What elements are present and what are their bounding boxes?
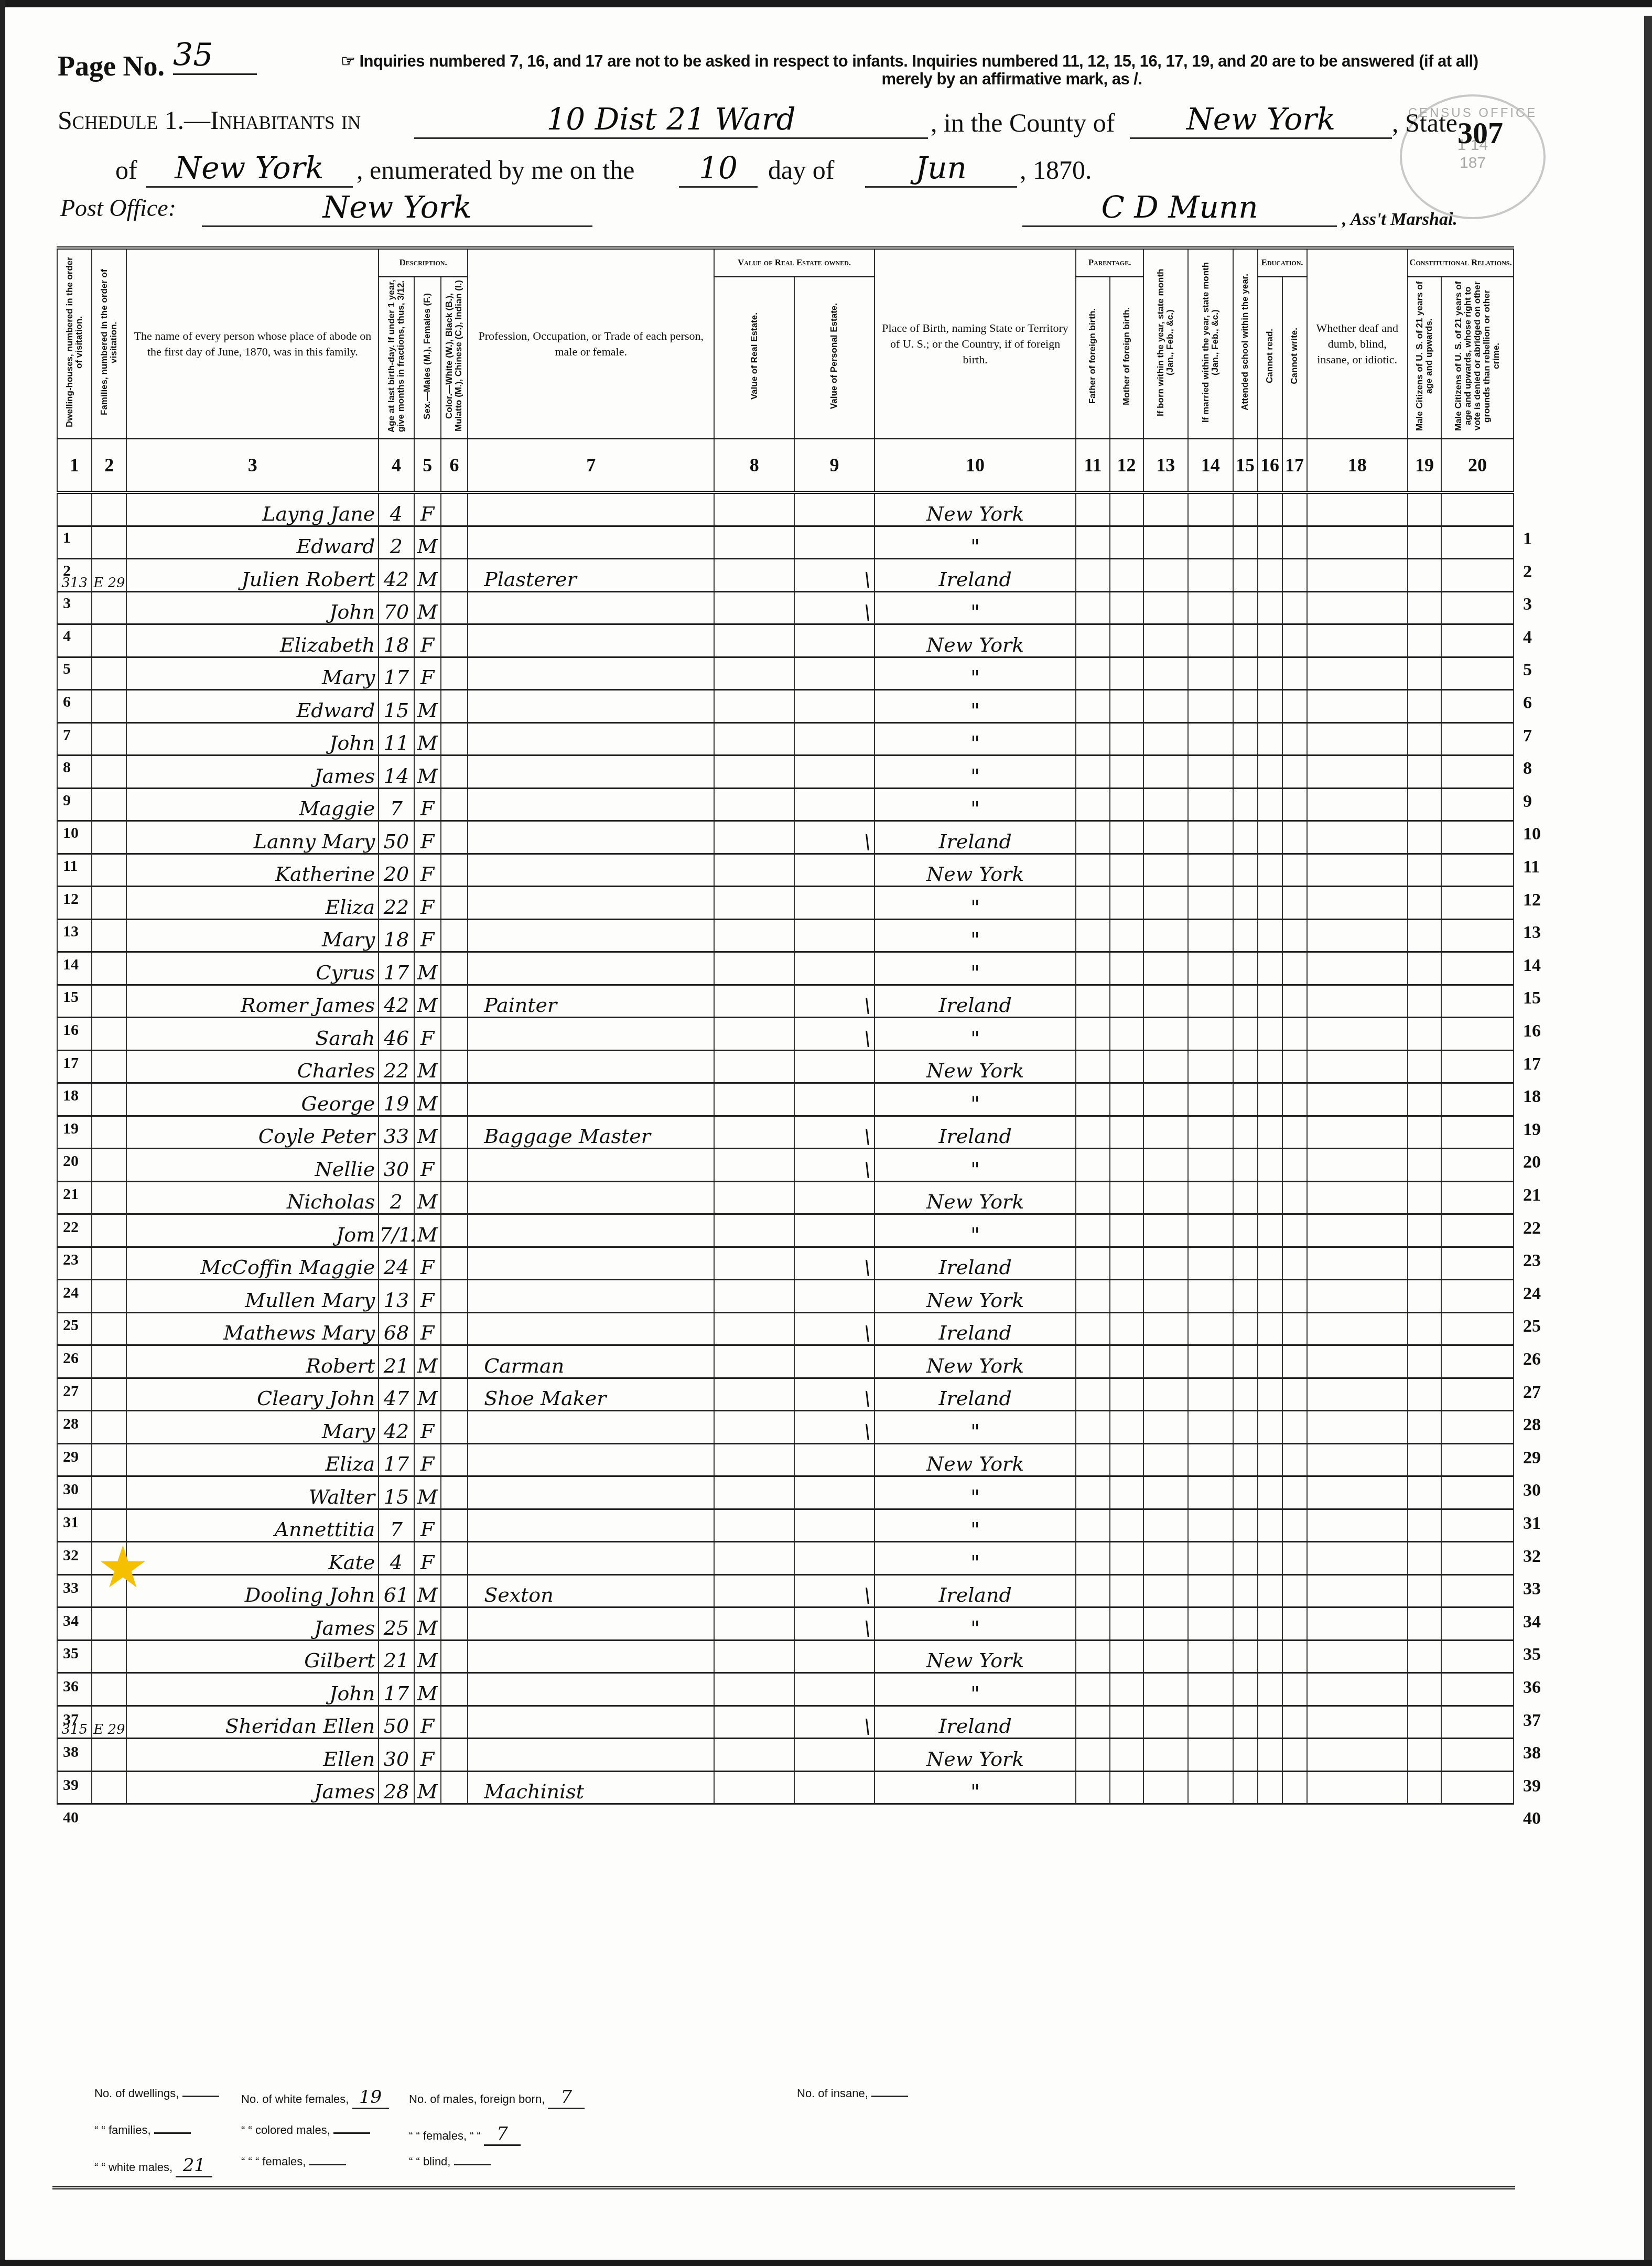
- married-within-year: [1188, 1771, 1233, 1804]
- infirmity: [1307, 919, 1408, 952]
- color: [441, 1345, 468, 1378]
- dwelling-number: 313: [57, 559, 92, 592]
- real-estate-value: [714, 624, 794, 657]
- cannot-write: [1282, 1050, 1307, 1083]
- person-name: Charles: [126, 1050, 379, 1083]
- occupation: [468, 1640, 714, 1673]
- family-number: [92, 1443, 126, 1476]
- line-number-left: 21: [63, 1185, 79, 1203]
- married-within-year: [1188, 1116, 1233, 1149]
- line-number-left: 20: [63, 1152, 79, 1170]
- line-number-right: 29: [1523, 1448, 1541, 1468]
- birthplace: Ireland: [874, 821, 1076, 854]
- married-within-year: [1188, 624, 1233, 657]
- age: 7/12: [379, 1214, 414, 1247]
- infirmity: [1307, 1181, 1408, 1214]
- occupation: Carman: [468, 1345, 714, 1378]
- vote-denied: [1441, 1706, 1514, 1739]
- personal-estate-mark: [794, 1509, 874, 1542]
- age: 7: [379, 1509, 414, 1542]
- infirmity: [1307, 1083, 1408, 1116]
- birthplace: ": [874, 657, 1076, 690]
- sex: F: [414, 1443, 441, 1476]
- male-citizen: [1408, 919, 1441, 952]
- line-number-left: 19: [63, 1120, 79, 1138]
- occupation: [468, 1607, 714, 1641]
- table-row: Kate 4 F ": [57, 1542, 1514, 1575]
- attended-school: [1233, 1116, 1258, 1149]
- line-number-right: 31: [1523, 1514, 1541, 1534]
- occupation: [468, 1280, 714, 1313]
- color: [441, 887, 468, 920]
- mother-foreign: [1110, 1083, 1143, 1116]
- birthplace: ": [874, 1411, 1076, 1444]
- real-estate-value: [714, 657, 794, 690]
- age: 19: [379, 1083, 414, 1116]
- mother-foreign: [1110, 1018, 1143, 1051]
- born-within-year: [1143, 657, 1188, 690]
- mother-foreign: [1110, 821, 1143, 854]
- mother-foreign: [1110, 887, 1143, 920]
- male-citizen: [1408, 1018, 1441, 1051]
- table-row: Edward 15 M ": [57, 690, 1514, 723]
- father-foreign: [1076, 690, 1109, 723]
- attended-school: [1233, 1378, 1258, 1411]
- line-number-right: 23: [1523, 1251, 1541, 1271]
- color: [441, 657, 468, 690]
- attended-school: [1233, 492, 1258, 526]
- families-label: “ “ families,: [94, 2123, 151, 2136]
- sex: M: [414, 756, 441, 789]
- table-row: Cleary John 47 M Shoe Maker \ Ireland: [57, 1378, 1514, 1411]
- attended-school: [1233, 1574, 1258, 1607]
- cannot-write: [1282, 1018, 1307, 1051]
- male-citizen: [1408, 1378, 1441, 1411]
- mother-foreign: [1110, 1411, 1143, 1444]
- table-row: Mullen Mary 13 F New York: [57, 1280, 1514, 1313]
- born-within-year: [1143, 821, 1188, 854]
- occupation: [468, 788, 714, 821]
- father-foreign: [1076, 1771, 1109, 1804]
- mother-foreign: [1110, 1247, 1143, 1280]
- father-foreign: [1076, 985, 1109, 1018]
- state-label: , State: [1392, 107, 1457, 138]
- age: 21: [379, 1640, 414, 1673]
- line-number-left: 39: [63, 1776, 79, 1794]
- table-row: Ellen 30 F New York: [57, 1739, 1514, 1772]
- cannot-read: [1258, 1411, 1282, 1444]
- person-name: Nellie: [126, 1149, 379, 1182]
- vote-denied: [1441, 1050, 1514, 1083]
- line-number-right: 34: [1523, 1612, 1541, 1632]
- age: 15: [379, 1476, 414, 1509]
- personal-estate-mark: \: [794, 559, 874, 592]
- person-name: Sarah: [126, 1018, 379, 1051]
- male-citizen: [1408, 1574, 1441, 1607]
- line-number-right: 20: [1523, 1152, 1541, 1172]
- infirmity: [1307, 1509, 1408, 1542]
- cannot-write: [1282, 1378, 1307, 1411]
- born-within-year: [1143, 1378, 1188, 1411]
- married-within-year: [1188, 1181, 1233, 1214]
- cannot-read: [1258, 591, 1282, 624]
- table-row: James 28 M Machinist ": [57, 1771, 1514, 1804]
- constitutional-group-header: Constitutional Relations.: [1408, 248, 1514, 277]
- dwelling-number: [57, 756, 92, 789]
- person-name: Katherine: [126, 854, 379, 887]
- inquiry-note-line-2: merely by an affirmative mark, as /.: [341, 70, 1526, 88]
- born-within-year: [1143, 756, 1188, 789]
- infirmity: [1307, 657, 1408, 690]
- line-number-left: 32: [63, 1547, 79, 1564]
- birthplace: New York: [874, 1739, 1076, 1772]
- age: 46: [379, 1018, 414, 1051]
- infirmity: [1307, 756, 1408, 789]
- birthplace: ": [874, 1018, 1076, 1051]
- vote-denied: [1441, 1443, 1514, 1476]
- scan-border-right: [1644, 16, 1652, 2266]
- cannot-write: [1282, 1476, 1307, 1509]
- cannot-write: [1282, 1443, 1307, 1476]
- sex: F: [414, 1312, 441, 1345]
- occupation: [468, 1739, 714, 1772]
- born-within-year: [1143, 1050, 1188, 1083]
- family-number: [92, 1050, 126, 1083]
- real-estate-value: [714, 1247, 794, 1280]
- line-number-right: 33: [1523, 1579, 1541, 1599]
- table-row: Edward 2 M ": [57, 526, 1514, 559]
- mother-foreign: [1110, 591, 1143, 624]
- married-within-year: [1188, 952, 1233, 985]
- line-number-right: 40: [1523, 1809, 1541, 1829]
- color: [441, 1673, 468, 1706]
- dwellings-value: [182, 2096, 219, 2097]
- age: 14: [379, 756, 414, 789]
- person-name: Cleary John: [126, 1378, 379, 1411]
- birthplace: Ireland: [874, 1116, 1076, 1149]
- birthplace: ": [874, 526, 1076, 559]
- born-within-year: [1143, 1574, 1188, 1607]
- cannot-write: [1282, 919, 1307, 952]
- color: [441, 952, 468, 985]
- cannot-write: [1282, 1247, 1307, 1280]
- sex: M: [414, 1771, 441, 1804]
- cannot-read: [1258, 821, 1282, 854]
- post-office-field: New York: [202, 189, 592, 227]
- line-number-left: 34: [63, 1612, 79, 1630]
- line-number-left: 33: [63, 1579, 79, 1597]
- vote-denied: [1441, 526, 1514, 559]
- mother-foreign: [1110, 492, 1143, 526]
- vote-denied: [1441, 1345, 1514, 1378]
- attended-school: [1233, 1018, 1258, 1051]
- age: 21: [379, 1345, 414, 1378]
- vote-denied: [1441, 1312, 1514, 1345]
- family-number: [92, 1018, 126, 1051]
- cannot-read: [1258, 559, 1282, 592]
- mother-foreign: [1110, 624, 1143, 657]
- infirmity: [1307, 1411, 1408, 1444]
- person-name: John: [126, 591, 379, 624]
- occupation: [468, 1214, 714, 1247]
- age: 28: [379, 1771, 414, 1804]
- infirmity: [1307, 1345, 1408, 1378]
- sex: M: [414, 1214, 441, 1247]
- birthplace: ": [874, 1771, 1076, 1804]
- birthplace: ": [874, 1607, 1076, 1641]
- cannot-read: [1258, 1312, 1282, 1345]
- person-name: Walter: [126, 1476, 379, 1509]
- infirmity: [1307, 624, 1408, 657]
- vote-denied: [1441, 1083, 1514, 1116]
- personal-estate-mark: \: [794, 1411, 874, 1444]
- born-within-year: [1143, 1640, 1188, 1673]
- real-estate-value: [714, 919, 794, 952]
- cannot-read: [1258, 1214, 1282, 1247]
- sex: F: [414, 788, 441, 821]
- infirmity: [1307, 1378, 1408, 1411]
- father-foreign: [1076, 919, 1109, 952]
- table-row: Katherine 20 F New York: [57, 854, 1514, 887]
- mother-foreign: [1110, 1050, 1143, 1083]
- cannot-write: [1282, 624, 1307, 657]
- line-number-right: 36: [1523, 1678, 1541, 1698]
- born-within-year: [1143, 788, 1188, 821]
- birthplace: Ireland: [874, 1247, 1076, 1280]
- age: 22: [379, 1050, 414, 1083]
- post-office-label: Post Office:: [60, 194, 176, 222]
- father-foreign: [1076, 952, 1109, 985]
- line-number-left: 14: [63, 956, 79, 974]
- birthplace: ": [874, 1673, 1076, 1706]
- family-number: [92, 624, 126, 657]
- col-15-header: Attended school within the year.: [1233, 248, 1258, 439]
- color: [441, 690, 468, 723]
- personal-estate-mark: [794, 756, 874, 789]
- father-foreign: [1076, 1149, 1109, 1182]
- occupation: [468, 821, 714, 854]
- personal-estate-mark: [794, 1640, 874, 1673]
- father-foreign: [1076, 1247, 1109, 1280]
- cannot-write: [1282, 788, 1307, 821]
- occupation: [468, 1149, 714, 1182]
- cannot-read: [1258, 1083, 1282, 1116]
- male-citizen: [1408, 1411, 1441, 1444]
- age: 4: [379, 1542, 414, 1575]
- line-number-right: 22: [1523, 1218, 1541, 1238]
- age: 18: [379, 919, 414, 952]
- born-within-year: [1143, 1345, 1188, 1378]
- born-within-year: [1143, 690, 1188, 723]
- vote-denied: [1441, 559, 1514, 592]
- born-within-year: [1143, 854, 1188, 887]
- cannot-write: [1282, 1739, 1307, 1772]
- table-row: Nellie 30 F \ ": [57, 1149, 1514, 1182]
- married-within-year: [1188, 1378, 1233, 1411]
- color: [441, 1739, 468, 1772]
- line-number-left: 2: [63, 562, 71, 580]
- color: [441, 821, 468, 854]
- dwelling-number: [57, 690, 92, 723]
- dwellings-label: No. of dwellings,: [94, 2087, 179, 2100]
- cannot-write: [1282, 526, 1307, 559]
- vote-denied: [1441, 1378, 1514, 1411]
- table-row: Romer James 42 M Painter \ Ireland: [57, 985, 1514, 1018]
- age: 24: [379, 1247, 414, 1280]
- born-within-year: [1143, 492, 1188, 526]
- infirmity: [1307, 1574, 1408, 1607]
- dwelling-number: [57, 492, 92, 526]
- cannot-read: [1258, 985, 1282, 1018]
- personal-estate-mark: [794, 1771, 874, 1804]
- father-foreign: [1076, 1673, 1109, 1706]
- col-13-header: If born within the year, state month (Ja…: [1143, 248, 1188, 439]
- real-estate-value: [714, 1509, 794, 1542]
- father-foreign: [1076, 1050, 1109, 1083]
- vote-denied: [1441, 1640, 1514, 1673]
- line-number-left: 4: [63, 628, 71, 645]
- infirmity: [1307, 1116, 1408, 1149]
- line-number-left: 23: [63, 1251, 79, 1269]
- age: 42: [379, 985, 414, 1018]
- cannot-write: [1282, 1214, 1307, 1247]
- born-within-year: [1143, 1411, 1188, 1444]
- family-number: E 29: [92, 559, 126, 592]
- mother-foreign: [1110, 1607, 1143, 1641]
- color: [441, 919, 468, 952]
- father-foreign: [1076, 887, 1109, 920]
- family-number: [92, 1247, 126, 1280]
- married-within-year: [1188, 756, 1233, 789]
- mother-foreign: [1110, 1149, 1143, 1182]
- family-number: [92, 1771, 126, 1804]
- attended-school: [1233, 1149, 1258, 1182]
- cannot-read: [1258, 788, 1282, 821]
- line-number-right: 8: [1523, 759, 1532, 779]
- cannot-write: [1282, 887, 1307, 920]
- table-row: Charles 22 M New York: [57, 1050, 1514, 1083]
- table-row: John 17 M ": [57, 1673, 1514, 1706]
- col-10-header: Place of Birth, naming State or Territor…: [874, 248, 1076, 439]
- attended-school: [1233, 1640, 1258, 1673]
- father-foreign: [1076, 1312, 1109, 1345]
- cannot-write: [1282, 1181, 1307, 1214]
- infirmity: [1307, 1247, 1408, 1280]
- mother-foreign: [1110, 756, 1143, 789]
- personal-estate-mark: \: [794, 1247, 874, 1280]
- table-row: Eliza 17 F New York: [57, 1443, 1514, 1476]
- family-number: E 29: [92, 1706, 126, 1739]
- vote-denied: [1441, 1476, 1514, 1509]
- father-foreign: [1076, 788, 1109, 821]
- male-citizen: [1408, 821, 1441, 854]
- color: [441, 1411, 468, 1444]
- father-foreign: [1076, 492, 1109, 526]
- married-within-year: [1188, 887, 1233, 920]
- mother-foreign: [1110, 1280, 1143, 1313]
- vote-denied: [1441, 1214, 1514, 1247]
- personal-estate-mark: [794, 492, 874, 526]
- male-citizen: [1408, 1640, 1441, 1673]
- cannot-write: [1282, 492, 1307, 526]
- col-12-header: Mother of foreign birth.: [1110, 277, 1143, 439]
- line-number-left: 3: [63, 595, 71, 612]
- birthplace: Ireland: [874, 559, 1076, 592]
- personal-estate-mark: [794, 952, 874, 985]
- birthplace: New York: [874, 624, 1076, 657]
- mother-foreign: [1110, 919, 1143, 952]
- vote-denied: [1441, 1149, 1514, 1182]
- cannot-read: [1258, 1607, 1282, 1641]
- attended-school: [1233, 1476, 1258, 1509]
- personal-estate-mark: \: [794, 1607, 874, 1641]
- schedule-label: Schedule 1.—Inhabitants in: [58, 105, 361, 135]
- born-within-year: [1143, 1739, 1188, 1772]
- line-number-right: 39: [1523, 1776, 1541, 1796]
- family-number: [92, 1345, 126, 1378]
- vote-denied: [1441, 1247, 1514, 1280]
- line-number-left: 37: [63, 1711, 79, 1729]
- male-citizen: [1408, 1280, 1441, 1313]
- color: [441, 591, 468, 624]
- county-field: New York: [1130, 101, 1392, 139]
- sex: M: [414, 1181, 441, 1214]
- stamp-number: 307: [1457, 115, 1503, 150]
- occupation: [468, 1181, 714, 1214]
- real-estate-value: [714, 1607, 794, 1641]
- cannot-read: [1258, 526, 1282, 559]
- color: [441, 1640, 468, 1673]
- attended-school: [1233, 1050, 1258, 1083]
- personal-estate-mark: \: [794, 1116, 874, 1149]
- infirmity: [1307, 690, 1408, 723]
- personal-estate-mark: [794, 1739, 874, 1772]
- sex: F: [414, 657, 441, 690]
- census-table: Dwelling-houses, numbered in the order o…: [57, 246, 1514, 1805]
- line-number-right: 18: [1523, 1087, 1541, 1107]
- infirmity: [1307, 1018, 1408, 1051]
- born-within-year: [1143, 559, 1188, 592]
- father-foreign: [1076, 821, 1109, 854]
- line-number-left: 28: [63, 1415, 79, 1433]
- mother-foreign: [1110, 985, 1143, 1018]
- line-number-right: 17: [1523, 1054, 1541, 1074]
- married-within-year: [1188, 1280, 1233, 1313]
- mother-foreign: [1110, 1476, 1143, 1509]
- father-foreign: [1076, 1476, 1109, 1509]
- personal-estate-mark: [794, 690, 874, 723]
- married-within-year: [1188, 1542, 1233, 1575]
- father-foreign: [1076, 1378, 1109, 1411]
- family-number: [92, 1116, 126, 1149]
- person-name: Cyrus: [126, 952, 379, 985]
- married-within-year: [1188, 559, 1233, 592]
- sex: M: [414, 591, 441, 624]
- born-within-year: [1143, 1018, 1188, 1051]
- real-estate-value: [714, 1050, 794, 1083]
- attended-school: [1233, 722, 1258, 756]
- families-value: [154, 2132, 191, 2134]
- family-number: [92, 690, 126, 723]
- person-name: Annettitia: [126, 1509, 379, 1542]
- attended-school: [1233, 591, 1258, 624]
- attended-school: [1233, 1247, 1258, 1280]
- blind-value: [454, 2164, 491, 2165]
- person-name: Mary: [126, 1411, 379, 1444]
- vote-denied: [1441, 1673, 1514, 1706]
- person-name: Eliza: [126, 887, 379, 920]
- cannot-read: [1258, 854, 1282, 887]
